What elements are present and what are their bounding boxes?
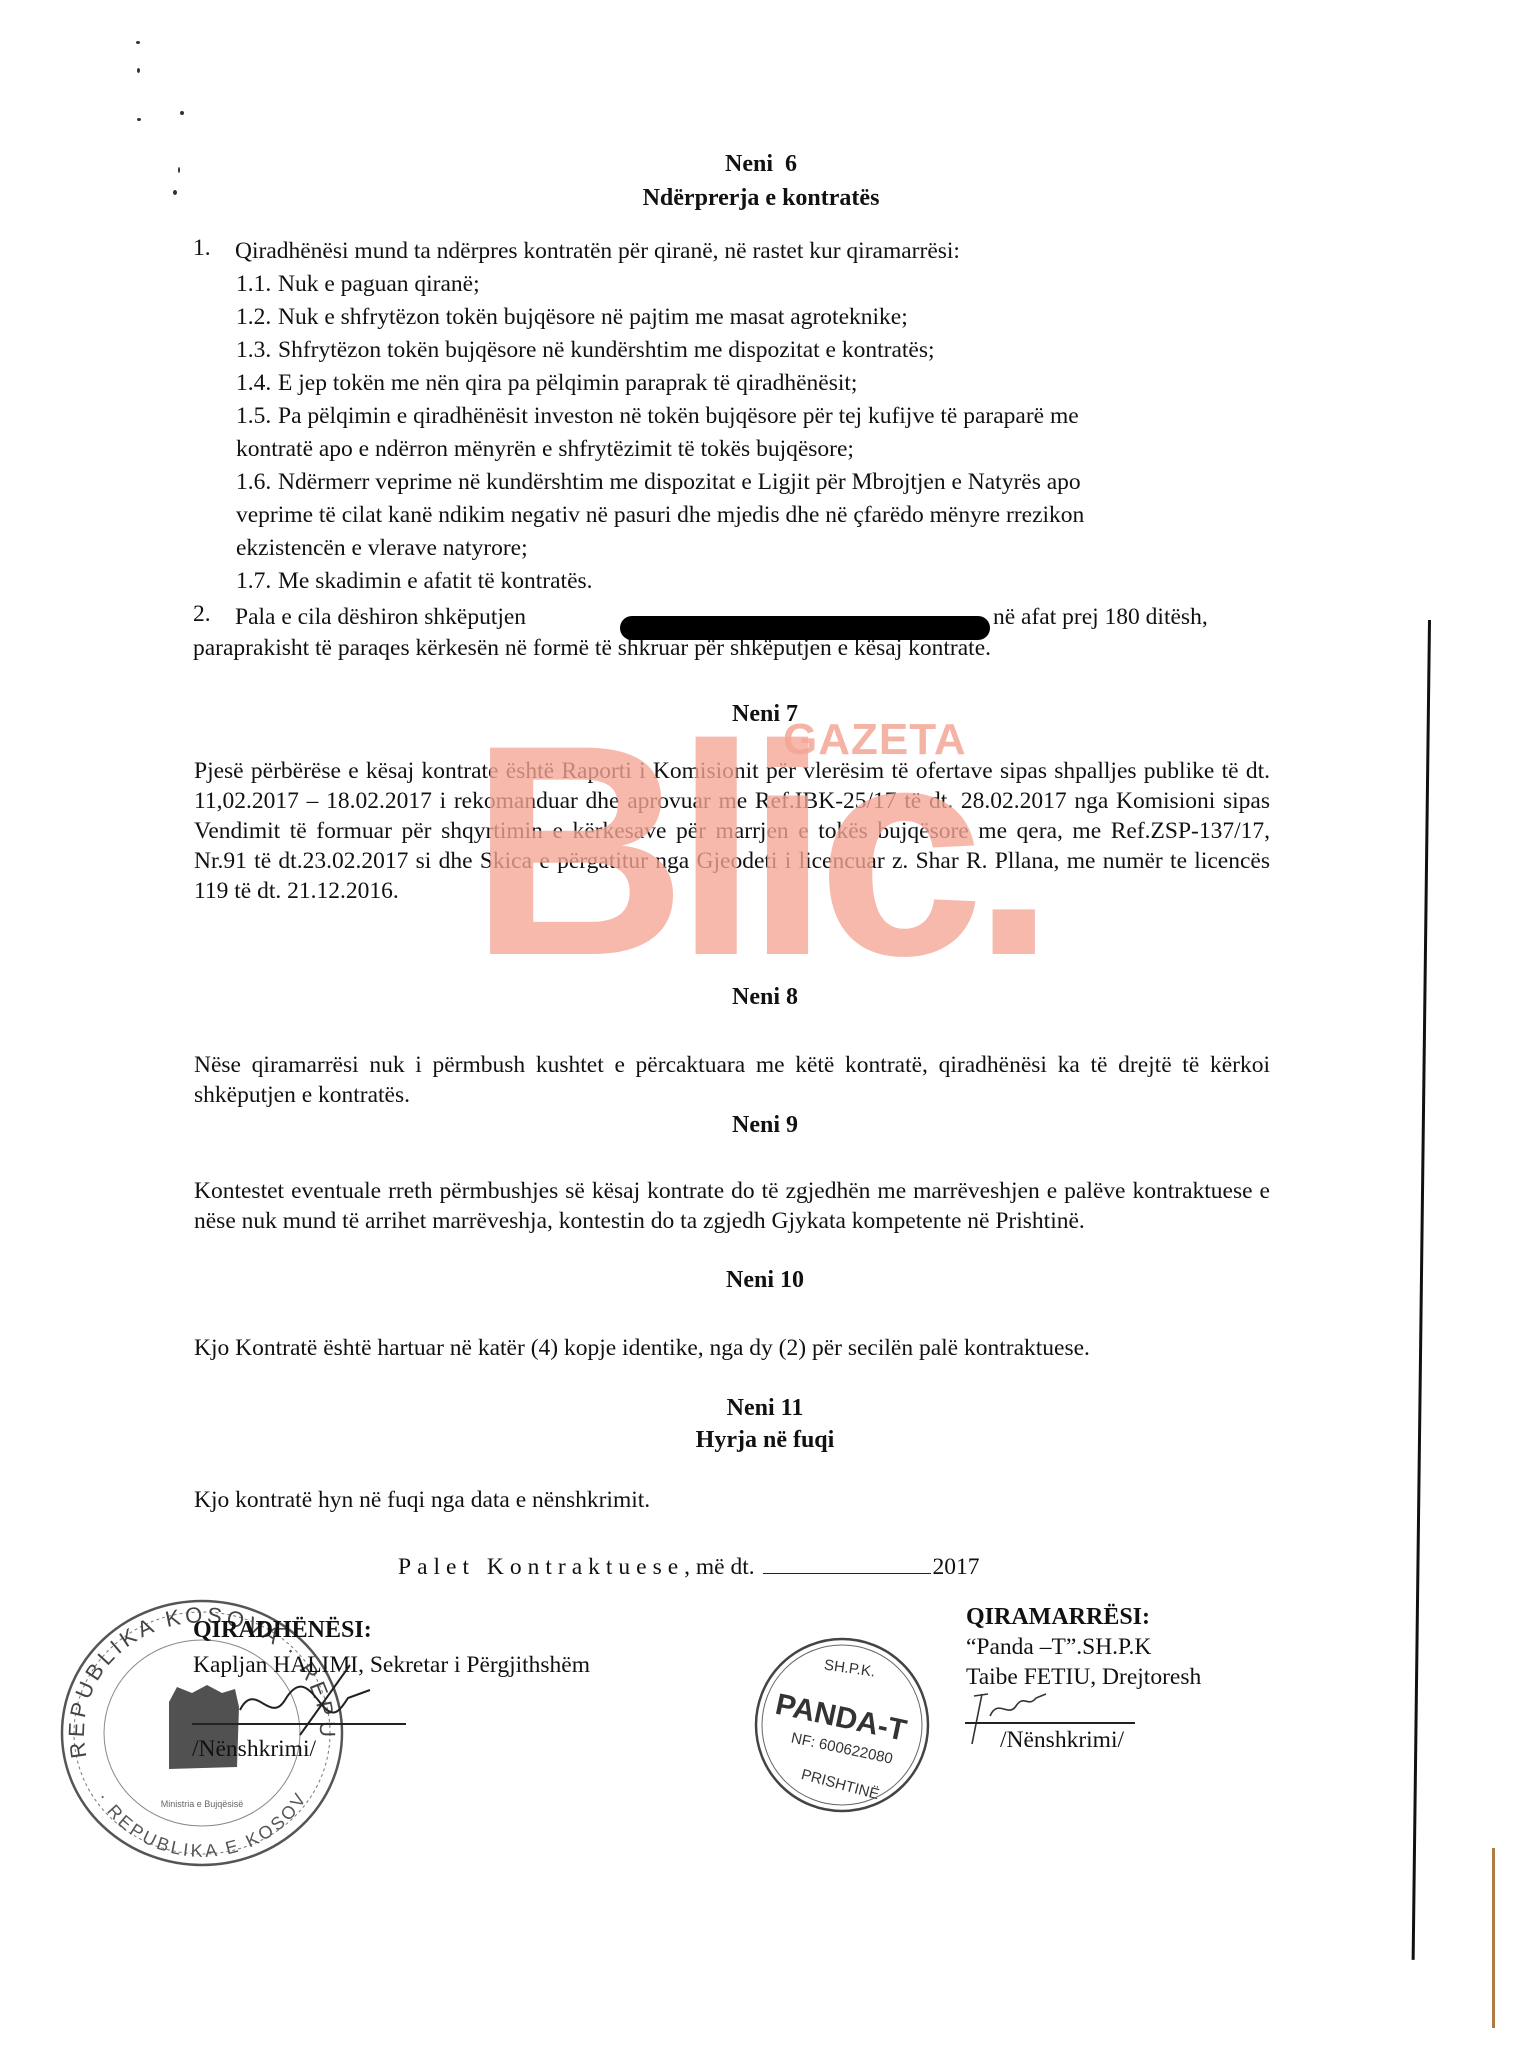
subitem-number: 1.4. bbox=[236, 372, 271, 396]
article-11-title: Hyrja në fuqi bbox=[0, 1428, 1530, 1452]
panda-t-company-stamp: SH.P.K. PANDA-T NF: 600622080 PRISHTINË bbox=[753, 1637, 931, 1813]
lessee-role: QIRAMARRËSI: bbox=[966, 1605, 1150, 1629]
item-2-number: 2. bbox=[193, 603, 211, 627]
svg-text:SH.P.K.: SH.P.K. bbox=[823, 1657, 876, 1681]
item-1-number: 1. bbox=[193, 237, 211, 261]
article-6-title: Ndërprerja e kontratës bbox=[0, 186, 1526, 210]
item-2-line1-start: Pala e cila dëshiron shkëputjen bbox=[235, 606, 526, 630]
subitem-number: 1.3. bbox=[236, 339, 271, 363]
subitem-text: veprime të cilat kanë ndikim negativ në … bbox=[236, 504, 1084, 528]
article-6-number: Neni 6 bbox=[0, 152, 1526, 176]
redaction-bar bbox=[620, 616, 990, 640]
article-8-number: Neni 8 bbox=[0, 985, 1530, 1009]
lessor-role: QIRADHËNËSI: bbox=[193, 1618, 372, 1642]
subitem-text: Pa pëlqimin e qiradhënësit investon në t… bbox=[278, 405, 1079, 429]
article-11-number: Neni 11 bbox=[0, 1396, 1530, 1420]
article-10-text: Kjo Kontratë është hartuar në katër (4) … bbox=[194, 1333, 1270, 1363]
scan-speck bbox=[137, 118, 141, 121]
subitem-number: 1.2. bbox=[236, 306, 271, 330]
watermark-gazeta: GAZETA bbox=[783, 718, 967, 762]
article-9-number: Neni 9 bbox=[0, 1113, 1530, 1137]
subitem-number: 1.6. bbox=[236, 471, 271, 495]
article-11-text: Kjo kontratë hyn në fuqi nga data e nëns… bbox=[194, 1489, 650, 1513]
lessee-company: “Panda –T”.SH.P.K bbox=[966, 1636, 1151, 1660]
scan-speck bbox=[137, 68, 140, 73]
item-2-line2: paraprakisht të paraqes kërkesën në form… bbox=[193, 637, 991, 661]
lessee-signature-label: /Nënshkrimi/ bbox=[1000, 1729, 1124, 1753]
parties-suffix: , më dt. bbox=[684, 1554, 755, 1580]
item-2-line1-end: në afat prej 180 ditësh, bbox=[993, 606, 1208, 630]
lessee-signature-line bbox=[965, 1722, 1135, 1724]
item-1-text: Qiradhënësi mund ta ndërpres kontratën p… bbox=[235, 240, 960, 264]
date-blank-field bbox=[763, 1553, 931, 1574]
svg-text:PRISHTINË: PRISHTINË bbox=[799, 1766, 881, 1803]
parties-label: Palet Kontraktuese bbox=[398, 1554, 684, 1580]
lessee-name: Taibe FETIU, Drejtoresh bbox=[966, 1666, 1201, 1690]
subitem-number: 1.5. bbox=[236, 405, 271, 429]
subitem-text: Nuk e paguan qiranë; bbox=[278, 273, 480, 297]
article-8-text: Nëse qiramarrësi nuk i përmbush kushtet … bbox=[194, 1050, 1270, 1110]
scan-speck bbox=[136, 41, 140, 44]
subitem-text: Me skadimin e afatit të kontratës. bbox=[278, 570, 593, 594]
article-9-text: Kontestet eventuale rreth përmbushjes së… bbox=[194, 1176, 1270, 1236]
subitem-text: Shfrytëzon tokën bujqësore në kundërshti… bbox=[278, 339, 935, 363]
scan-edge-line-brown bbox=[1492, 1848, 1495, 2028]
parties-year: 2017 bbox=[933, 1554, 980, 1580]
subitem-number: 1.7. bbox=[236, 570, 271, 594]
parties-date-line: Palet Kontraktuese, më dt. 2017 bbox=[398, 1553, 980, 1580]
scan-speck bbox=[180, 111, 184, 115]
subitem-number: 1.1. bbox=[236, 273, 271, 297]
subitem-text: E jep tokën me nën qira pa pëlqimin para… bbox=[278, 372, 857, 396]
subitem-text: Ndërmerr veprime në kundërshtim me dispo… bbox=[278, 471, 1081, 495]
lessor-signature-icon bbox=[230, 1660, 380, 1740]
subitem-text: ekzistencën e vlerave natyrore; bbox=[236, 537, 528, 561]
svg-text:Ministria e Bujqësisë: Ministria e Bujqësisë bbox=[161, 1799, 244, 1809]
subitem-text: kontratë apo e ndërron mënyrën e shfrytë… bbox=[236, 438, 854, 462]
subitem-text: Nuk e shfrytëzon tokën bujqësore në pajt… bbox=[278, 306, 908, 330]
lessor-signature-label: /Nënshkrimi/ bbox=[192, 1738, 316, 1762]
lessor-signature-line bbox=[192, 1723, 406, 1725]
article-10-number: Neni 10 bbox=[0, 1268, 1530, 1292]
